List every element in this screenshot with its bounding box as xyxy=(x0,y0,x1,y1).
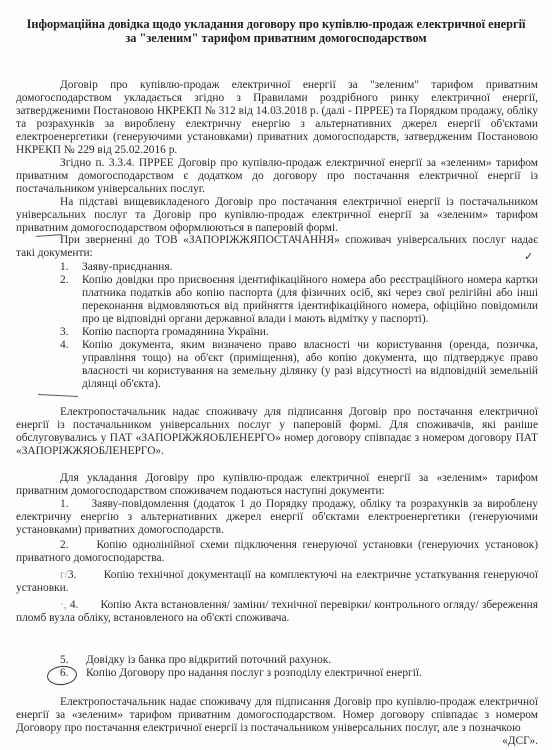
paragraph-supplier-contract: Електропостачальник надає споживачу для … xyxy=(16,406,538,458)
list-green-tariff-documents-cont: 5. Довідку із банка про відкритий поточн… xyxy=(60,654,538,680)
list-item: ·, 4. Копію Акта встановлення/ заміни/ т… xyxy=(16,599,538,625)
list-green-tariff-documents: 1. Заяву-повідомлення (додаток 1 до Поря… xyxy=(16,498,538,625)
hand-drawn-circle-mark xyxy=(46,664,78,686)
pen-stroke-mark xyxy=(38,394,78,397)
paragraph-paper-form: На підставі вищевикладеного Договір про … xyxy=(16,196,538,235)
paragraph-clause-334: Згідно п. 3.3.4. ПРРЕЕ Договір про купів… xyxy=(16,157,538,196)
paragraph-green-tariff-documents: Для укладання Договіру про купівлю-прода… xyxy=(16,472,538,498)
list-item: 4. Копію документа, яким визначено право… xyxy=(60,339,538,391)
list-item: 6. Копію Договору про надання послуг з р… xyxy=(60,667,538,680)
scanned-document-page: Інформаційна довідка щодо укладання дого… xyxy=(0,0,552,750)
list-item: 3. Копію паспорта громадянина України. xyxy=(60,326,538,339)
list-item: 1. Заяву-приєднання. xyxy=(60,261,538,274)
document-title: Інформаційна довідка щодо укладання дого… xyxy=(0,17,552,45)
paragraph-documents-intro: При зверненні до ТОВ «ЗАПОРІЖЖЯПОСТАЧАНН… xyxy=(16,234,538,260)
paragraph-green-contract-number: Електропостачальник надає споживачу для … xyxy=(16,696,538,748)
title-line-1: Інформаційна довідка щодо укладання дого… xyxy=(0,17,552,31)
list-item: 1. Заяву-повідомлення (додаток 1 до Поря… xyxy=(16,498,538,537)
title-line-2: за "зеленим" тарифом приватним домогоспо… xyxy=(0,31,552,45)
list-item: 2. Копію довідки про присвоєння ідентифі… xyxy=(60,274,538,326)
paragraph-contract-basis: Договір про купівлю-продаж електричної е… xyxy=(16,79,538,157)
list-item: г/3. Копію технічної документації на ком… xyxy=(16,569,538,595)
list-item: 2. Копію однолінійної схеми підключення … xyxy=(16,539,538,565)
list-item: 5. Довідку із банка про відкритий поточн… xyxy=(60,654,538,667)
list-universal-service-documents: 1. Заяву-приєднання. 2. Копію довідки пр… xyxy=(60,261,538,391)
